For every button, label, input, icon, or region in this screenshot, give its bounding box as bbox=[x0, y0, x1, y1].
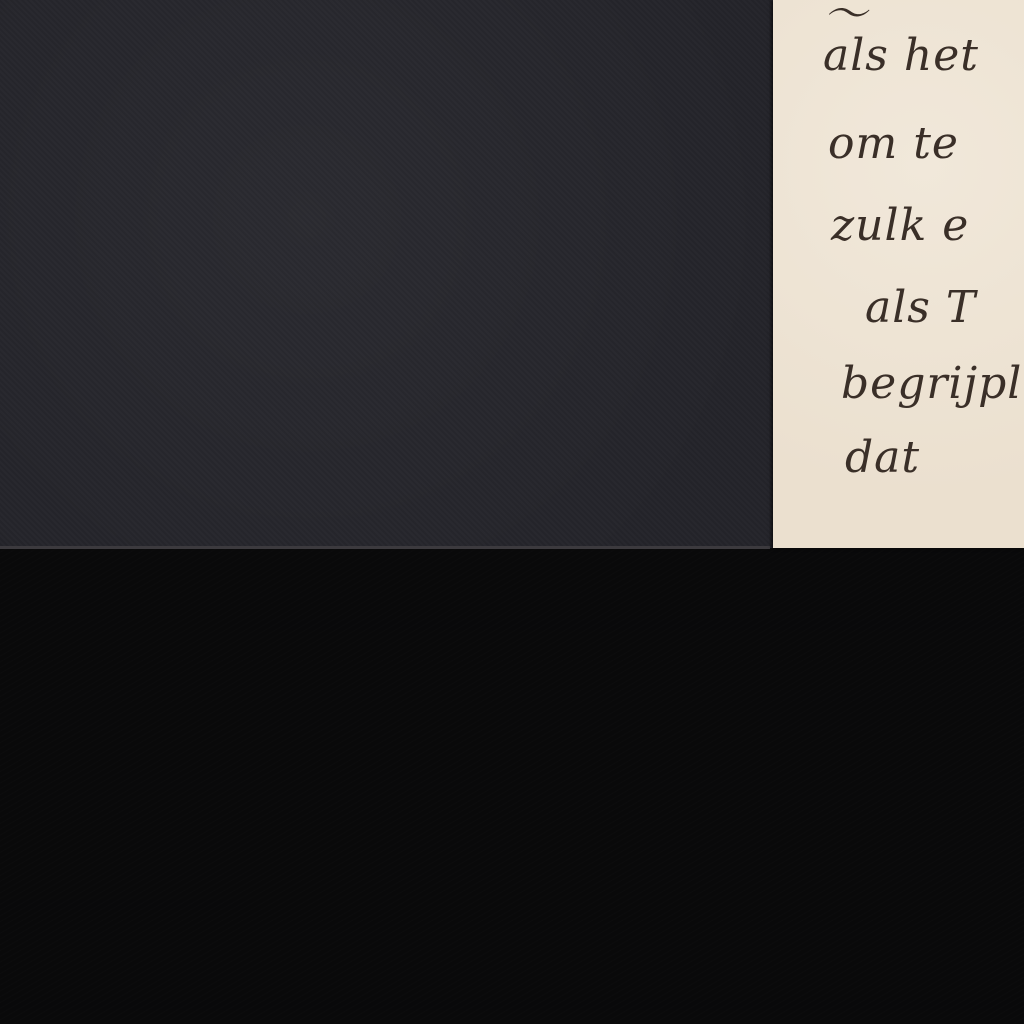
handwriting-line: begrijpl bbox=[841, 358, 1022, 409]
black-fabric-background-bottom bbox=[0, 549, 1024, 1024]
handwriting-line: dat bbox=[845, 432, 920, 483]
handwriting-line: om te bbox=[828, 118, 959, 169]
handwriting-line: als het bbox=[823, 30, 979, 81]
handwriting-line: zulk e bbox=[831, 200, 969, 251]
handwriting-line: als T bbox=[865, 282, 976, 333]
handwritten-letter: 〜 als het om te zulk e als T begrijpl da… bbox=[773, 0, 1024, 548]
